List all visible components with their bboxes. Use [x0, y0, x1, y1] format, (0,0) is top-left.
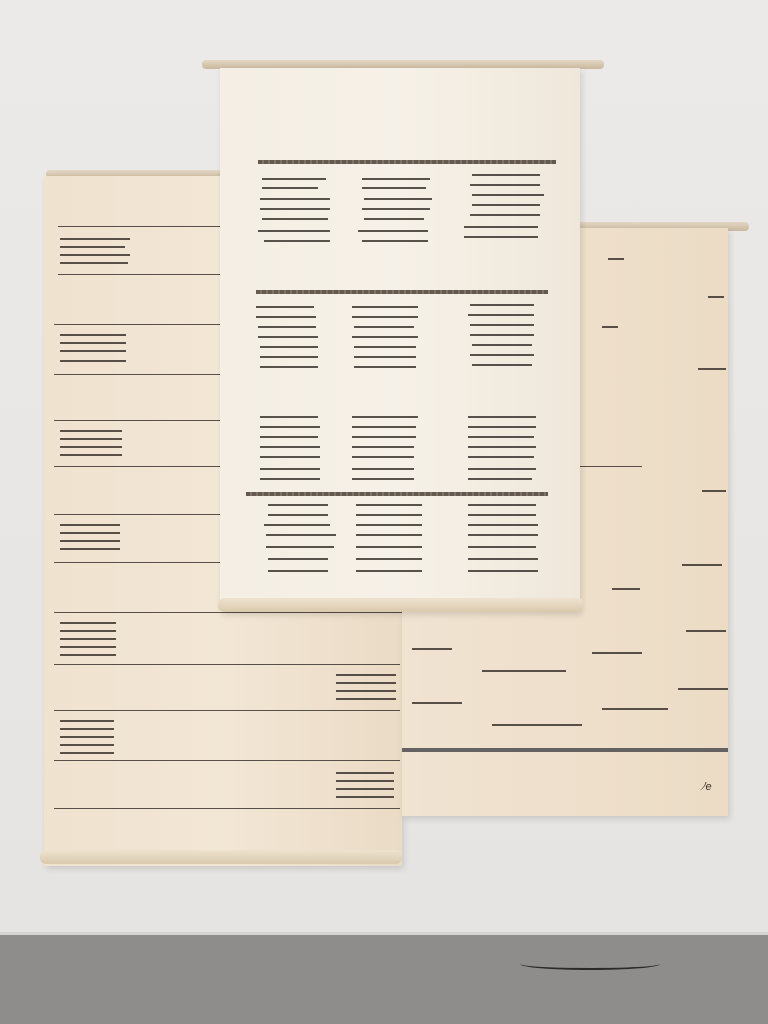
center-scroll [220, 68, 580, 612]
signature-mark: ﾉe [700, 778, 712, 794]
left-scroll-bottom-rod [40, 850, 402, 864]
floor-cable [520, 958, 660, 970]
floor [0, 935, 768, 1024]
center-scroll-bottom-rod [218, 598, 584, 612]
